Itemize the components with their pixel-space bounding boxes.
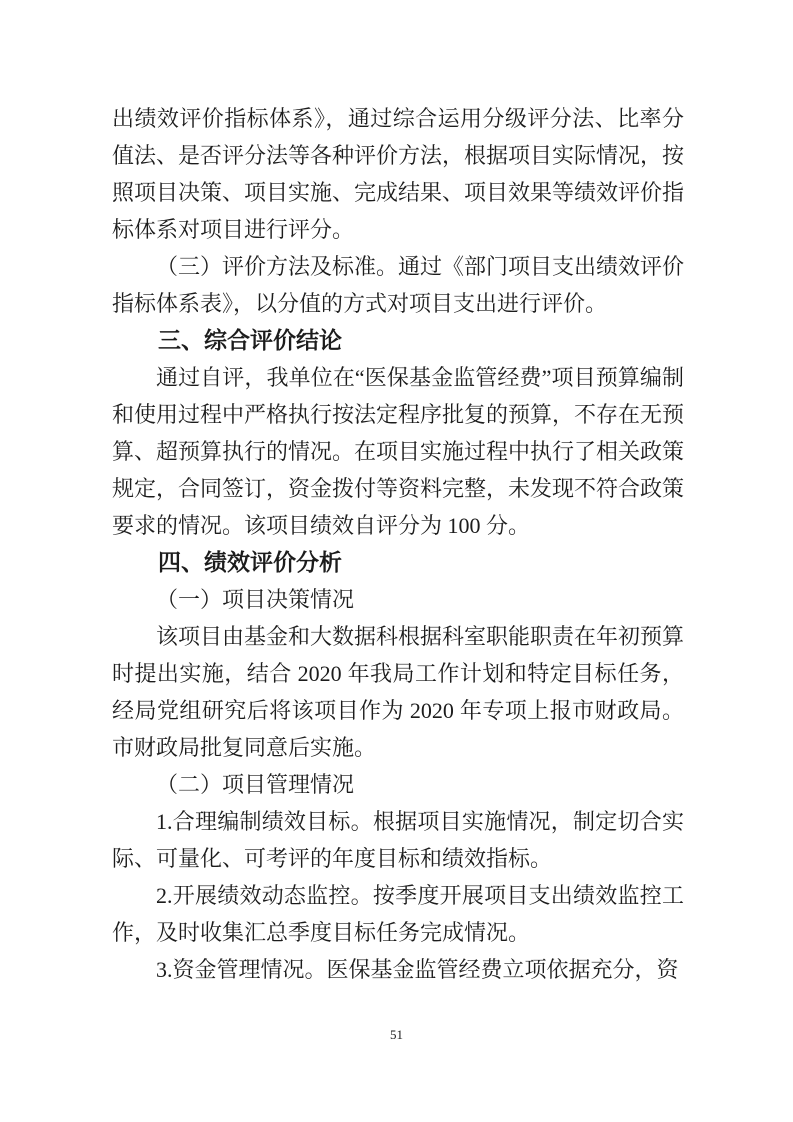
paragraph: 1.合理编制绩效目标。根据项目实施情况，制定切合实际、可量化、可考评的年度目标和… — [112, 803, 684, 877]
page-number: 51 — [0, 1026, 793, 1044]
document-page: 出绩效评价指标体系》，通过综合运用分级评分法、比率分值法、是否评分法等各种评价方… — [0, 0, 793, 1122]
paragraph: （三）评价方法及标准。通过《部门项目支出绩效评价指标体系表》，以分值的方式对项目… — [112, 248, 684, 322]
paragraph: 2.开展绩效动态监控。按季度开展项目支出绩效监控工作，及时收集汇总季度目标任务完… — [112, 877, 684, 951]
document-body: 出绩效评价指标体系》，通过综合运用分级评分法、比率分值法、是否评分法等各种评价方… — [112, 100, 684, 988]
sub-heading: （一）项目决策情况 — [112, 581, 684, 618]
paragraph: 出绩效评价指标体系》，通过综合运用分级评分法、比率分值法、是否评分法等各种评价方… — [112, 100, 684, 248]
section-heading: 四、绩效评价分析 — [112, 544, 684, 581]
paragraph: 该项目由基金和大数据科根据科室职能职责在年初预算时提出实施，结合 2020 年我… — [112, 618, 684, 766]
sub-heading: （二）项目管理情况 — [112, 766, 684, 803]
section-heading: 三、综合评价结论 — [112, 322, 684, 359]
paragraph: 3.资金管理情况。医保基金监管经费立项依据充分，资 — [112, 951, 684, 988]
paragraph: 通过自评，我单位在“医保基金监管经费”项目预算编制和使用过程中严格执行按法定程序… — [112, 359, 684, 544]
